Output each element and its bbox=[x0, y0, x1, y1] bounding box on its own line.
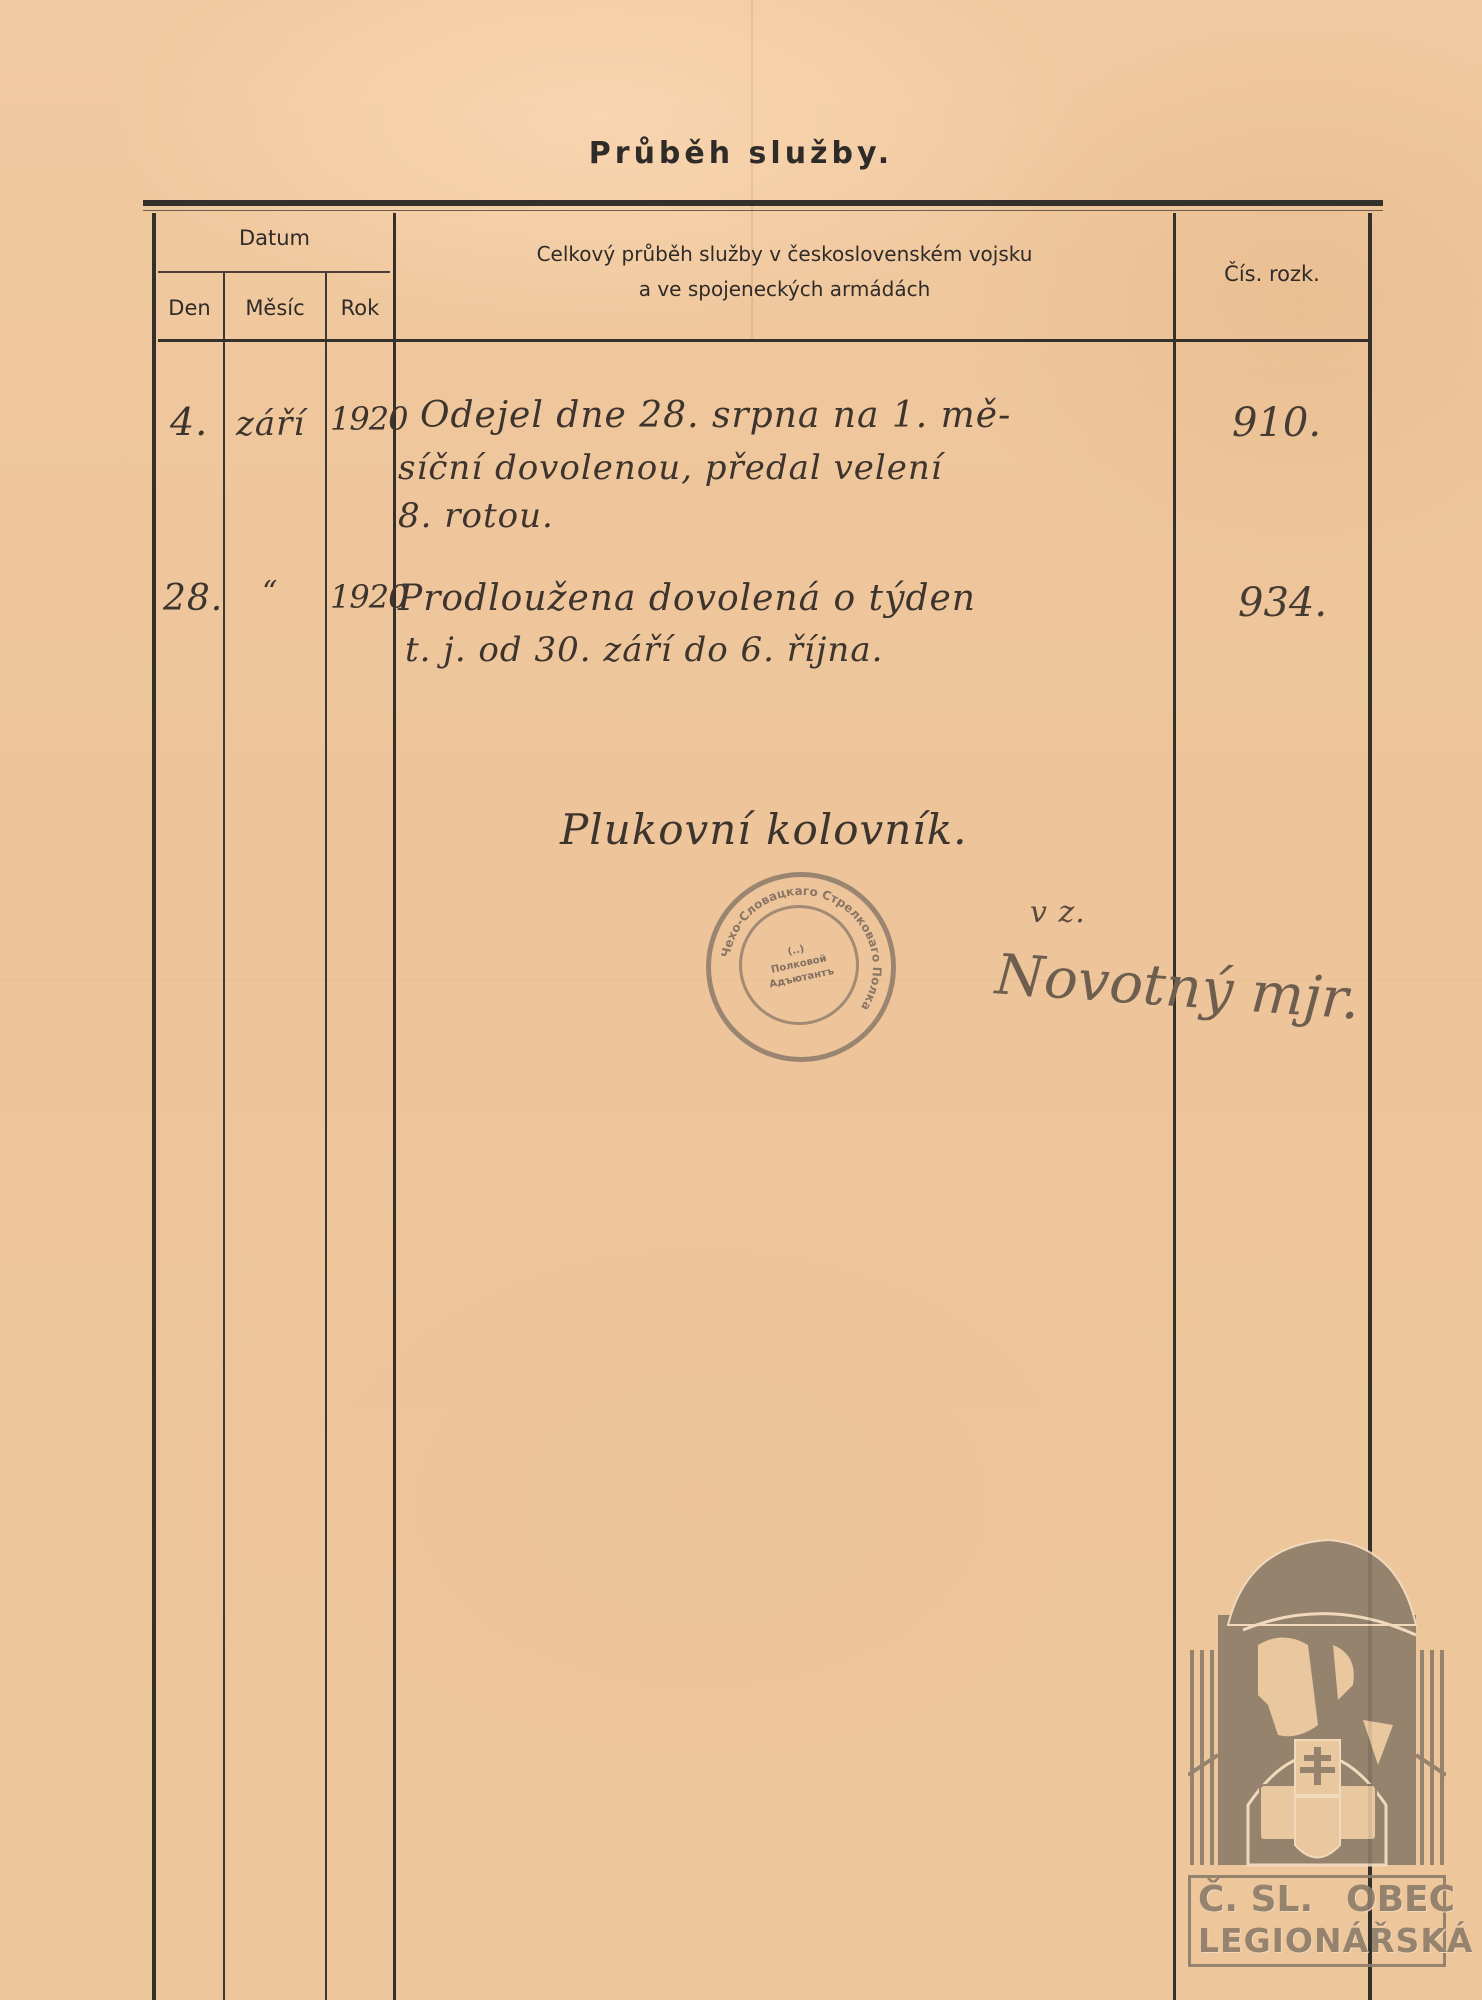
table-left-border bbox=[152, 213, 156, 2000]
table-top-thick-rule bbox=[143, 200, 1383, 206]
entry-mesic: září bbox=[236, 404, 305, 444]
divider-mesic-rok bbox=[325, 272, 327, 2000]
header-datum: Datum bbox=[156, 226, 393, 250]
divider-date-main bbox=[393, 213, 396, 2000]
regiment-stamp: Чехо-Словацкаго Стрелковаго Полка (..) П… bbox=[706, 872, 896, 1062]
page-title: Průběh služby. bbox=[0, 136, 1482, 171]
entry-den: 4. bbox=[170, 400, 208, 444]
entry-text-line: 8. rotou. bbox=[398, 496, 554, 536]
datum-subheader-rule bbox=[158, 271, 390, 273]
logo-text-legionarska: LEGIONÁŘSKÁ bbox=[1198, 1921, 1473, 1960]
logo-text-csl: Č. SL. bbox=[1198, 1879, 1313, 1920]
closing-vz: v z. bbox=[1030, 895, 1086, 930]
commander-signature: Novotný mjr. bbox=[993, 942, 1362, 1032]
divider-den-mesic bbox=[223, 272, 225, 2000]
entry-rok: 1920 bbox=[330, 400, 407, 438]
entry-text-line: Prodloužena dovolená o týden bbox=[398, 578, 976, 619]
header-rok: Rok bbox=[327, 296, 393, 320]
logo-text-obec: OBEC bbox=[1346, 1879, 1455, 1920]
entry-mesic: “ bbox=[262, 575, 278, 610]
entry-den: 28. bbox=[163, 578, 223, 619]
entry-text-line: t. j. od 30. září do 6. října. bbox=[405, 630, 883, 670]
header-den: Den bbox=[156, 296, 223, 320]
header-description-line1: Celkový průběh služby v československém … bbox=[396, 242, 1173, 266]
header-description-line2: a ve spojeneckých armádách bbox=[396, 277, 1173, 301]
header-bottom-rule bbox=[158, 339, 1370, 342]
soldier-emblem-icon bbox=[1188, 1535, 1446, 1875]
entry-cis-rozk: 934. bbox=[1238, 580, 1327, 626]
entry-rok: 1920 bbox=[330, 578, 407, 616]
header-cis-rozk: Čís. rozk. bbox=[1176, 262, 1368, 286]
entry-cis-rozk: 910. bbox=[1232, 400, 1321, 446]
entry-text-line: Odejel dne 28. srpna na 1. mě- bbox=[420, 395, 1011, 436]
closing-title: Plukovní kolovník. bbox=[560, 805, 968, 854]
entry-text-line: síční dovolenou, předal velení bbox=[398, 448, 943, 488]
legionary-logo-watermark: Č. SL. OBEC LEGIONÁŘSKÁ bbox=[1188, 1535, 1446, 1970]
header-mesic: Měsíc bbox=[225, 296, 325, 320]
divider-main-cis bbox=[1173, 213, 1176, 2000]
table-top-thin-rule bbox=[143, 210, 1383, 211]
